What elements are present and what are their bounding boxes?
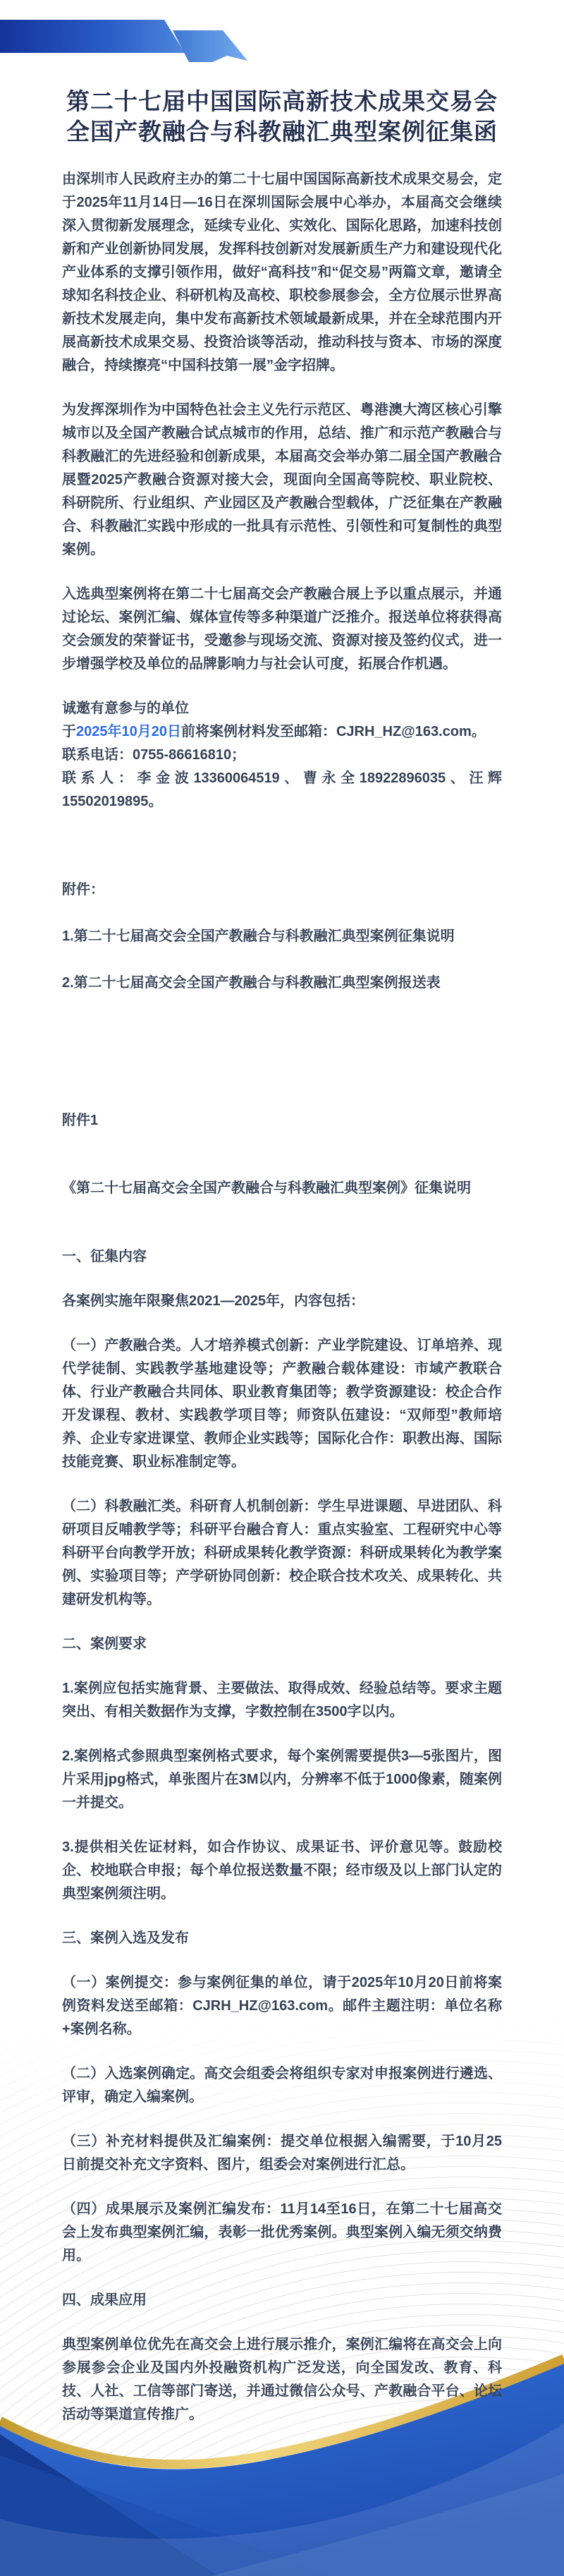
selection-1: （一）案例提交：参与案例征集的单位，请于2025年10月20日前将案例资料发送至… bbox=[62, 1971, 502, 2041]
page-title-line-2: 全国产教融合与科教融汇典型案例征集函 bbox=[66, 119, 498, 145]
ribbon-band bbox=[0, 20, 185, 53]
heading-1-collection-content: 一、征集内容 bbox=[62, 1245, 502, 1269]
deadline-line-segment: 前将案例材料发至邮箱：CJRH_HZ@163.com。 bbox=[181, 724, 486, 739]
announcement-page: 第二十七届中国国际高新技术成果交易会 全国产教融合与科教融汇典型案例征集函 由深… bbox=[0, 0, 564, 2576]
heading-4-results-application: 四、成果应用 bbox=[62, 2289, 502, 2312]
requirement-1: 1.案例应包括实施背景、主要做法、取得成效、经验总结等。要求主题突出、有相关数据… bbox=[62, 1677, 502, 1724]
application-paragraph: 典型案例单位优先在高交会上进行展示推介，案例汇编将在高交会上向参展参会企业及国内… bbox=[62, 2333, 502, 2426]
selection-3: （三）补充材料提供及汇编案例：提交单位根据入编需要，于10月25日前提交补充文字… bbox=[62, 2130, 502, 2177]
deadline-date-accent: 2025年10月20日 bbox=[76, 724, 181, 739]
requirement-2: 2.案例格式参照典型案例格式要求，每个案例需要提供3—5张图片，图片采用jpg格… bbox=[62, 1745, 502, 1815]
selection-4: （四）成果展示及案例汇编发布：11月14至16日，在第二十七届高交会上发布典型案… bbox=[62, 2198, 502, 2268]
ribbon-fold-tail bbox=[173, 30, 247, 62]
appendix1-label: 附件1 bbox=[62, 1109, 502, 1132]
deadline-line-segment: 于 bbox=[62, 724, 76, 739]
background-paragraph: 为发挥深圳作为中国特色社会主义先行示范区、粤港澳大湾区核心引擎城市以及全国产教融… bbox=[62, 399, 502, 562]
heading-3-selection-release: 三、案例入选及发布 bbox=[62, 1927, 502, 1950]
contacts-line: 联系人：李金波13360064519、曹永全18922896035、汪辉1550… bbox=[62, 767, 502, 814]
attachment-item-2: 2.第二十七届高交会全国产教融合与科教融汇典型案例报送表 bbox=[62, 972, 502, 995]
deadline-line: 于2025年10月20日前将案例材料发至邮箱：CJRH_HZ@163.com。 bbox=[62, 720, 502, 744]
requirement-3: 3.提供相关佐证材料，如合作协议、成果证书、评价意见等。鼓励校企、校地联合申报；… bbox=[62, 1836, 502, 1906]
page-title-line-1: 第二十七届中国国际高新技术成果交易会 bbox=[66, 88, 498, 114]
category-2-paragraph: （二）科教融汇类。科研育人机制创新：学生早进课题、早进团队、科研项目反哺教学等；… bbox=[62, 1495, 502, 1611]
selection-2: （二）入选案例确定。高交会组委会将组织专家对申报案例进行遴选、评审，确定入编案例… bbox=[62, 2062, 502, 2109]
category-1-paragraph: （一）产教融合类。人才培养模式创新：产业学院建设、订单培养、现代学徒制、实践教学… bbox=[62, 1334, 502, 1474]
benefits-paragraph: 入选典型案例将在第二十七届高交会产教融合展上予以重点展示，并通过论坛、案例汇编、… bbox=[62, 583, 502, 676]
scope-line: 各案例实施年限聚焦2021—2025年，内容包括： bbox=[62, 1290, 502, 1313]
letter-body: 由深圳市人民政府主办的第二十七届中国国际高新技术成果交易会，定于2025年11月… bbox=[62, 168, 502, 2426]
appendix1-title: 《第二十七届高交会全国产教融合与科教融汇典型案例》征集说明 bbox=[62, 1177, 502, 1200]
top-ribbon-graphic bbox=[0, 0, 254, 71]
intro-paragraph: 由深圳市人民政府主办的第二十七届中国国际高新技术成果交易会，定于2025年11月… bbox=[62, 168, 502, 377]
attachments-label: 附件： bbox=[62, 878, 502, 902]
attachment-item-1: 1.第二十七届高交会全国产教融合与科教融汇典型案例征集说明 bbox=[62, 925, 502, 948]
phone-line: 联系电话：0755-86616810； bbox=[62, 744, 502, 767]
heading-2-case-requirements: 二、案例要求 bbox=[62, 1633, 502, 1656]
invitation-line: 诚邀有意参与的单位 bbox=[62, 697, 502, 720]
page-title: 第二十七届中国国际高新技术成果交易会 全国产教融合与科教融汇典型案例征集函 bbox=[62, 86, 502, 147]
